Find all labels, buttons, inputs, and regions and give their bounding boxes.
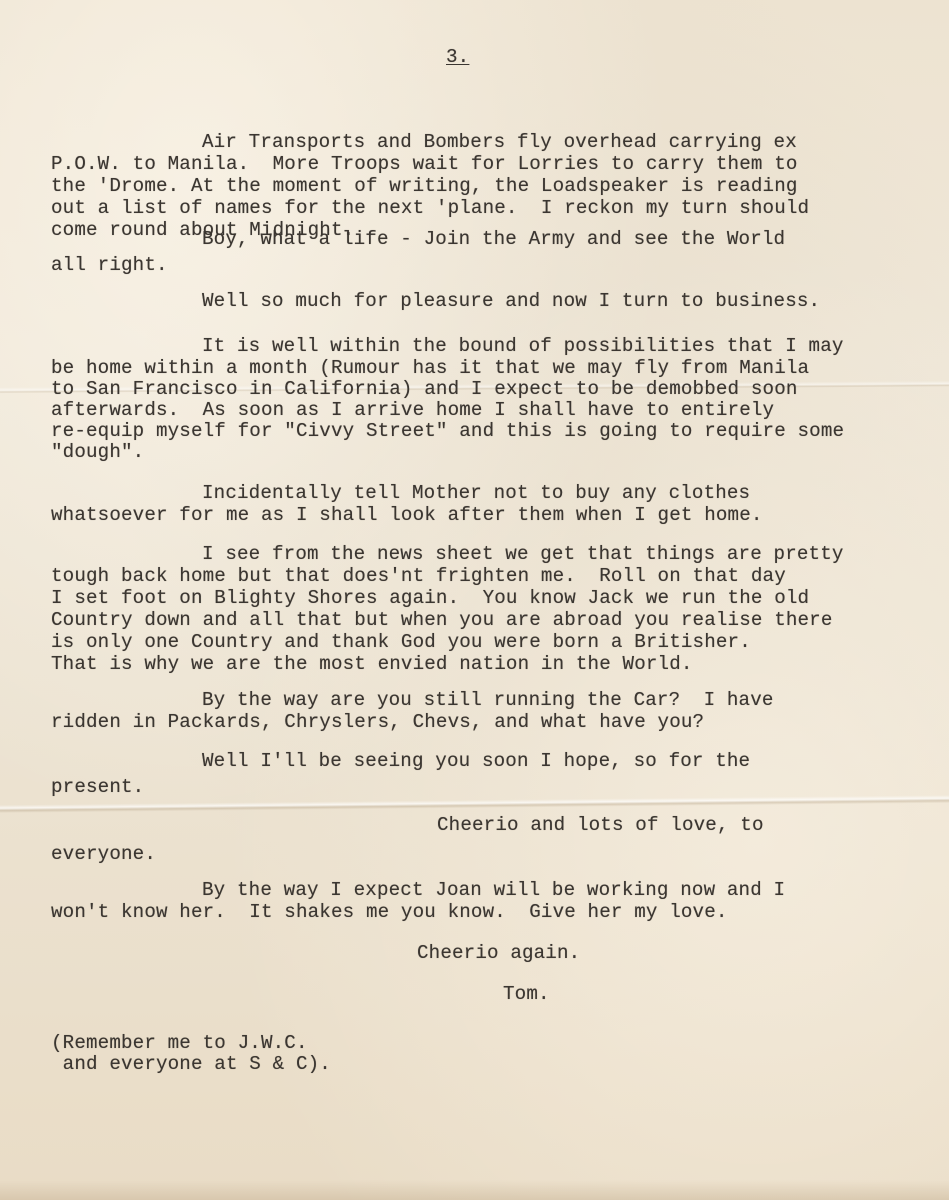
paragraph-4-line-3: to San Francisco in California) and I ex… <box>51 378 798 400</box>
paragraph-9-line-2: everyone. <box>51 843 156 865</box>
paragraph-7-line-2: ridden in Packards, Chryslers, Chevs, an… <box>51 711 704 733</box>
postscript-line-1: (Remember me to J.W.C. <box>51 1032 308 1054</box>
paragraph-9-line-1: Cheerio and lots of love, to <box>437 814 764 836</box>
paragraph-4-line-4: afterwards. As soon as I arrive home I s… <box>51 399 774 421</box>
closing-line: Cheerio again. <box>417 942 580 964</box>
paragraph-6-line-1: I see from the news sheet we get that th… <box>202 543 844 565</box>
paragraph-4-line-1: It is well within the bound of possibili… <box>202 335 844 357</box>
paper-edge <box>0 1180 949 1200</box>
paragraph-1-line-3: the 'Drome. At the moment of writing, th… <box>51 175 798 197</box>
paragraph-6-line-6: That is why we are the most envied natio… <box>51 653 693 675</box>
page-number: 3. <box>446 46 469 68</box>
paragraph-5-line-2: whatsoever for me as I shall look after … <box>51 504 763 526</box>
paragraph-10-line-1: By the way I expect Joan will be working… <box>202 879 785 901</box>
paragraph-6-line-4: Country down and all that but when you a… <box>51 609 833 631</box>
letter-page: 3. Air Transports and Bombers fly overhe… <box>0 0 949 1200</box>
paragraph-1-line-1: Air Transports and Bombers fly overhead … <box>202 131 797 153</box>
paragraph-7-line-1: By the way are you still running the Car… <box>202 689 774 711</box>
paragraph-4-line-6: "dough". <box>51 441 144 463</box>
paragraph-5-line-1: Incidentally tell Mother not to buy any … <box>202 482 750 504</box>
paragraph-4-line-5: re-equip myself for "Civvy Street" and t… <box>51 420 844 442</box>
paragraph-1-line-4: out a list of names for the next 'plane.… <box>51 197 809 219</box>
paragraph-2-line-2: all right. <box>51 254 168 276</box>
signature: Tom. <box>503 983 550 1005</box>
paragraph-6-line-2: tough back home but that does'nt frighte… <box>51 565 786 587</box>
paragraph-10-line-2: won't know her. It shakes me you know. G… <box>51 901 728 923</box>
paragraph-4-line-2: be home within a month (Rumour has it th… <box>51 357 809 379</box>
paragraph-1-line-2: P.O.W. to Manila. More Troops wait for L… <box>51 153 798 175</box>
paragraph-6-line-3: I set foot on Blighty Shores again. You … <box>51 587 809 609</box>
paragraph-8-line-1: Well I'll be seeing you soon I hope, so … <box>202 750 750 772</box>
paragraph-2-line-1: Boy, what a life - Join the Army and see… <box>202 228 785 250</box>
paragraph-8-line-2: present. <box>51 776 144 798</box>
paragraph-6-line-5: is only one Country and thank God you we… <box>51 631 751 653</box>
postscript-line-2: and everyone at S & C). <box>51 1053 331 1075</box>
paragraph-3-line-1: Well so much for pleasure and now I turn… <box>202 290 820 312</box>
